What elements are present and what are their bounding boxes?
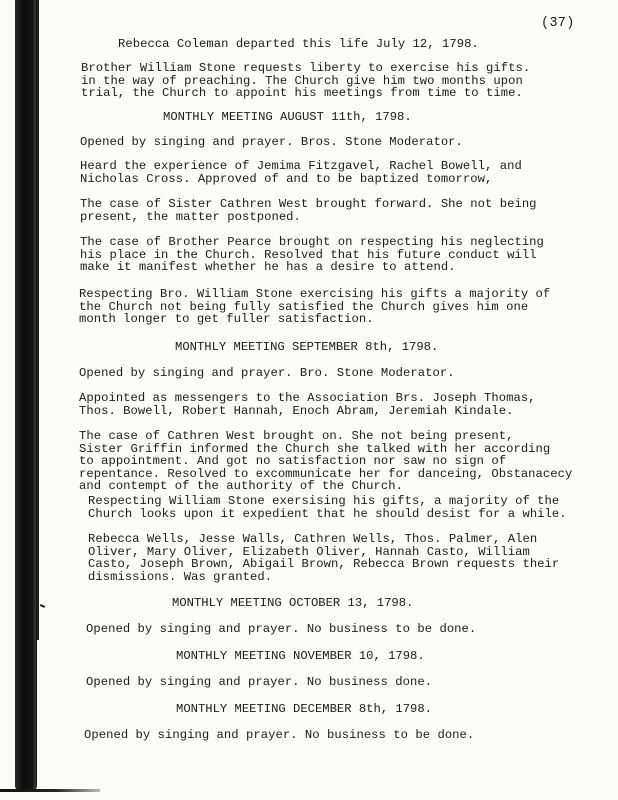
paragraph-line: Respecting William Stone exersising his … bbox=[88, 495, 559, 507]
page-number: (37) bbox=[541, 16, 575, 31]
paragraph-line: Opened by singing and prayer. Bro. Stone… bbox=[79, 367, 455, 379]
meeting-heading: MONTHLY MEETING NOVEMBER 10, 1798. bbox=[176, 650, 425, 662]
paragraph-line: Oliver, Mary Oliver, Elizabeth Oliver, H… bbox=[88, 546, 530, 558]
bottom-page-edge bbox=[0, 789, 100, 792]
meeting-heading: MONTHLY MEETING SEPTEMBER 8th, 1798. bbox=[175, 341, 438, 353]
paragraph-line: Rebecca Coleman departed this life July … bbox=[118, 38, 479, 50]
paragraph-line: make it manifest whether he has a desire… bbox=[80, 261, 456, 273]
paragraph-line: Nicholas Cross. Approved of and to be ba… bbox=[80, 173, 492, 185]
paragraph-line: dismissions. Was granted. bbox=[88, 571, 272, 583]
paragraph-line: Opened by singing and prayer. No busines… bbox=[84, 729, 474, 741]
paragraph-line: Thos. Bowell, Robert Hannah, Enoch Abram… bbox=[79, 405, 513, 417]
paragraph-line: The case of Brother Pearce brought on re… bbox=[80, 236, 544, 248]
meeting-heading: MONTHLY MEETING OCTOBER 13, 1798. bbox=[172, 597, 413, 609]
paragraph-line: Appointed as messengers to the Associati… bbox=[79, 392, 536, 404]
paragraph-line: present, the matter postponed. bbox=[80, 211, 301, 223]
binding-shadow-line bbox=[37, 0, 39, 640]
paragraph-line: Opened by singing and prayer. No busines… bbox=[86, 676, 432, 688]
paragraph-line: Opened by singing and prayer. No busines… bbox=[86, 623, 476, 635]
paragraph-line: to appointment. And got no satisfaction … bbox=[79, 455, 506, 467]
paragraph-line: trial, the Church to appoint his meeting… bbox=[81, 87, 523, 99]
paragraph-line: Casto, Joseph Brown, Abigail Brown, Rebe… bbox=[88, 558, 559, 570]
paragraph-line: Sister Griffin informed the Church she t… bbox=[79, 443, 550, 455]
paragraph-line: in the way of preaching. The Church give… bbox=[81, 75, 523, 87]
paragraph-line: the Church not being fully satisfied the… bbox=[79, 301, 528, 313]
margin-mark bbox=[40, 604, 45, 608]
paragraph-line: Church looks upon it expedient that he s… bbox=[88, 508, 567, 520]
paragraph-line: month longer to get fuller satisfaction. bbox=[79, 313, 374, 325]
paragraph-line: and contempt of the authority of the Chu… bbox=[79, 480, 403, 492]
meeting-heading: MONTHLY MEETING AUGUST 11th, 1798. bbox=[163, 111, 412, 123]
paragraph-line: his place in the Church. Resolved that h… bbox=[80, 249, 537, 261]
paragraph-line: The case of Sister Cathren West brought … bbox=[80, 198, 537, 210]
paragraph-line: Respecting Bro. William Stone exercising… bbox=[79, 288, 550, 300]
paragraph-line: Opened by singing and prayer. Bros. Ston… bbox=[80, 136, 463, 148]
book-binding-edge bbox=[15, 0, 37, 790]
meeting-heading: MONTHLY MEETING DECEMBER 8th, 1798. bbox=[176, 703, 432, 715]
paragraph-line: Rebecca Wells, Jesse Walls, Cathren Well… bbox=[88, 533, 537, 545]
paragraph-line: Brother William Stone requests liberty t… bbox=[81, 62, 530, 74]
paragraph-line: The case of Cathren West brought on. She… bbox=[79, 430, 513, 442]
paragraph-line: repentance. Resolved to excommunicate he… bbox=[79, 468, 572, 480]
paragraph-line: Heard the experience of Jemima Fitzgavel… bbox=[80, 160, 522, 172]
